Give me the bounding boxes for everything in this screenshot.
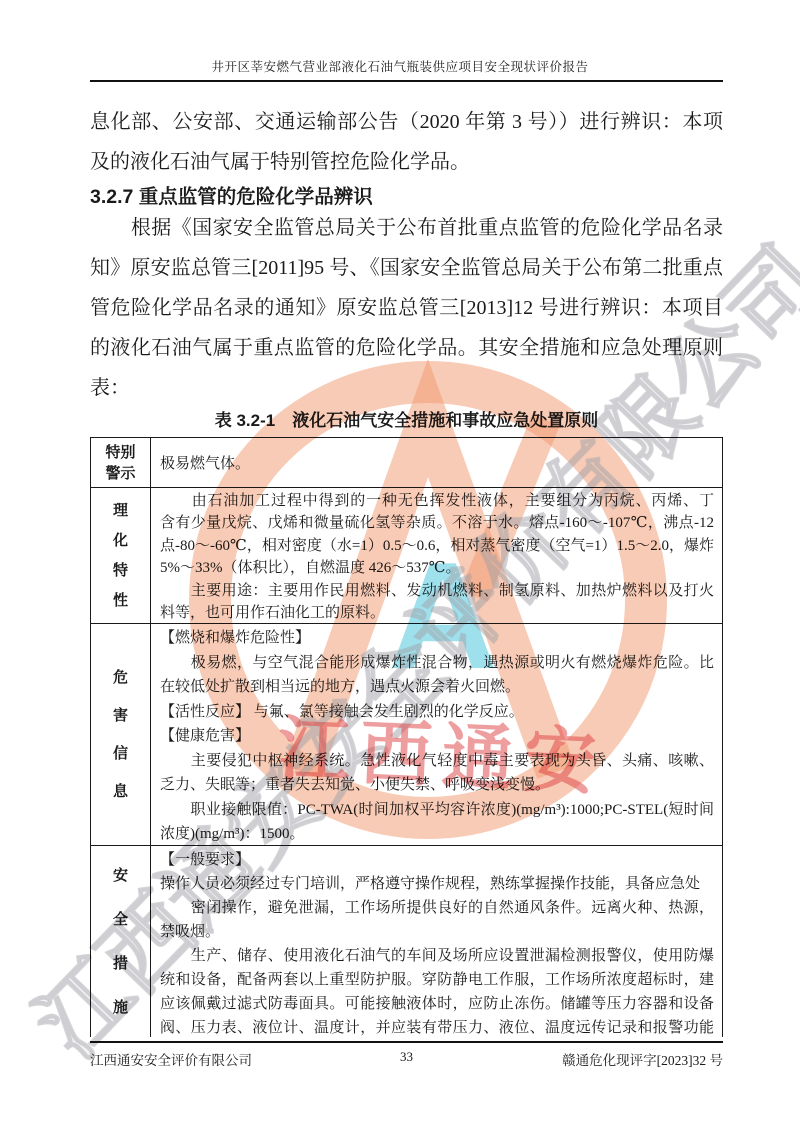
text-line: 【活性反应】 与氟、氯等接触会发生剧烈的化学反应。 xyxy=(160,700,714,725)
text-line: 管危险化学品名录的通知》原安监总管三[2013]12 号进行辨识：本项目涉及 xyxy=(90,288,723,328)
row-header-char: 化 xyxy=(113,526,128,556)
text-line: 5%～33%（体积比），自燃温度 426～537℃。 xyxy=(160,557,714,579)
text-line: 【一般要求】 xyxy=(160,848,714,872)
text-line: 应该佩戴过滤式防毒面具。可能接触液体时，应防止冻伤。储罐等压力容器和设备应设置安… xyxy=(160,992,714,1016)
text-line: 密闭操作，避免泄漏，工作场所提供良好的自然通风条件。远离火种、热源，工作场所严 xyxy=(160,896,714,920)
intro-paragraph: 息化部、公安部、交通运输部公告（2020 年第 3 号））进行辨识：本项目涉及的… xyxy=(90,102,723,182)
row-header: 特别警示 xyxy=(91,438,151,487)
text-line: 极易燃气体。 xyxy=(160,452,714,473)
footer: 33 江西通安安全评价有限公司 赣通危化现评字[2023]32 号 xyxy=(90,1049,723,1069)
row-header-char: 安 xyxy=(113,854,128,898)
row-header: 理化特性 xyxy=(91,488,151,623)
row-header-char: 特别 xyxy=(105,442,135,463)
page-header-title: 井开区莘安燃气营业部液化石油气瓶装供应项目安全现状评价报告 xyxy=(0,57,800,75)
row-header-char: 全 xyxy=(113,898,128,942)
text-line: 统和设备，配备两套以上重型防护服。穿防静电工作服，工作场所浓度超标时，建议操作人… xyxy=(160,968,714,992)
row-header: 危害信息 xyxy=(91,624,151,845)
table-row: 特别警示极易燃气体。 xyxy=(91,438,722,488)
table-row: 安全措施【一般要求】操作人员必须经过专门培训，严格遵守操作规程，熟练掌握操作技能… xyxy=(91,846,722,1037)
row-content-cell: 极易燃气体。 xyxy=(151,438,722,487)
header-divider xyxy=(90,80,723,82)
row-header-char: 施 xyxy=(113,986,128,1030)
footer-company: 江西通安安全评价有限公司 xyxy=(90,1049,252,1069)
text-line: 主要用途：主要用作民用燃料、发动机燃料、制氢原料、加热炉燃料以及打火机的气体燃 xyxy=(160,580,714,602)
main-paragraph: 根据《国家安全监管总局关于公布首批重点监管的危险化学品名录的通知》原安监总管三[… xyxy=(90,208,723,408)
row-header-char: 害 xyxy=(113,697,128,735)
text-line: 根据《国家安全监管总局关于公布首批重点监管的危险化学品名录的通 xyxy=(90,208,723,248)
text-line: 含有少量戊烷、戊烯和微量硫化氢等杂质。不溶于水。熔点-160～-107℃，沸点-… xyxy=(160,512,714,534)
text-line: 点-80～-60℃，相对密度（水=1）0.5～0.6，相对蒸气密度（空气=1）1… xyxy=(160,535,714,557)
row-header-char: 特 xyxy=(113,556,128,586)
text-line: 浓度)(mg/m³)：1500。 xyxy=(160,822,714,845)
row-header-char: 息 xyxy=(113,773,128,811)
section-heading: 3.2.7 重点监管的危险化学品辨识 xyxy=(90,181,723,209)
row-content-cell: 由石油加工过程中得到的一种无色挥发性液体，主要组分为丙烷、丙烯、丁烷、丁烯，并含… xyxy=(151,488,722,623)
text-line: 在较低处扩散到相当远的地方，遇点火源会着火回燃。 xyxy=(160,675,714,700)
table-row: 危害信息【燃烧和爆炸危险性】 极易燃，与空气混合能形成爆炸性混合物，遇热源或明火… xyxy=(91,624,722,846)
footer-doc-number: 赣通危化现评字[2023]32 号 xyxy=(562,1049,723,1069)
text-line: 极易燃，与空气混合能形成爆炸性混合物，遇热源或明火有燃烧爆炸危险。比空气重，能 xyxy=(160,651,714,676)
text-line: 的液化石油气属于重点监管的危险化学品。其安全措施和应急处理原则如下 xyxy=(90,328,723,368)
text-line: 料等，也可用作石油化工的原料。 xyxy=(160,602,714,623)
text-line: 及的液化石油气属于特别管控危险化学品。 xyxy=(90,142,723,182)
text-line: 【燃烧和爆炸危险性】 xyxy=(160,626,714,651)
text-line: 阀、压力表、液位计、温度计，并应装有带压力、液位、温度远传记录和报警功能的安全装… xyxy=(160,1016,714,1037)
text-line: 【健康危害】 xyxy=(160,724,714,749)
text-line: 生产、储存、使用液化石油气的车间及场所应设置泄漏检测报警仪，使用防爆型的通风系 xyxy=(160,944,714,968)
row-header-char: 信 xyxy=(113,735,128,773)
row-header-char: 性 xyxy=(113,586,128,616)
text-line: 表： xyxy=(90,368,723,408)
row-header-char: 危 xyxy=(113,659,128,697)
text-line: 操作人员必须经过专门培训，严格遵守操作规程，熟练掌握操作技能，具备应急处置知识。 xyxy=(160,872,714,896)
row-header: 安全措施 xyxy=(91,846,151,1037)
report-page: 井开区莘安燃气营业部液化石油气瓶装供应项目安全现状评价报告 息化部、公安部、交通… xyxy=(0,0,800,1131)
footer-divider xyxy=(90,1041,723,1043)
text-line: 由石油加工过程中得到的一种无色挥发性液体，主要组分为丙烷、丙烯、丁烷、丁烯，并 xyxy=(160,490,714,512)
row-header-char: 理 xyxy=(113,496,128,526)
text-line: 主要侵犯中枢神经系统。急性液化气轻度中毒主要表现为头昏、头痛、咳嗽、食欲减退、 xyxy=(160,749,714,774)
row-content-cell: 【一般要求】操作人员必须经过专门培训，严格遵守操作规程，熟练掌握操作技能，具备应… xyxy=(151,846,722,1037)
text-line: 息化部、公安部、交通运输部公告（2020 年第 3 号））进行辨识：本项目涉 xyxy=(90,102,723,142)
text-line: 禁吸烟。 xyxy=(160,920,714,944)
table-row: 理化特性 由石油加工过程中得到的一种无色挥发性液体，主要组分为丙烷、丙烯、丁烷、… xyxy=(91,488,722,624)
table-caption: 表 3.2-1 液化石油气安全措施和事故应急处置原则 xyxy=(90,406,723,431)
text-line: 职业接触限值：PC-TWA(时间加权平均容许浓度)(mg/m³):1000;PC… xyxy=(160,798,714,823)
row-header-char: 措 xyxy=(113,942,128,986)
row-header-char: 警示 xyxy=(105,463,135,484)
text-line: 乏力、失眠等；重者失去知觉、小便失禁、呼吸变浅变慢。 xyxy=(160,773,714,798)
row-content-cell: 【燃烧和爆炸危险性】 极易燃，与空气混合能形成爆炸性混合物，遇热源或明火有燃烧爆… xyxy=(151,624,722,845)
text-line: 知》原安监总管三[2011]95 号、《国家安全监管总局关于公布第二批重点监 xyxy=(90,248,723,288)
safety-measures-table: 特别警示极易燃气体。理化特性 由石油加工过程中得到的一种无色挥发性液体，主要组分… xyxy=(90,437,723,1037)
